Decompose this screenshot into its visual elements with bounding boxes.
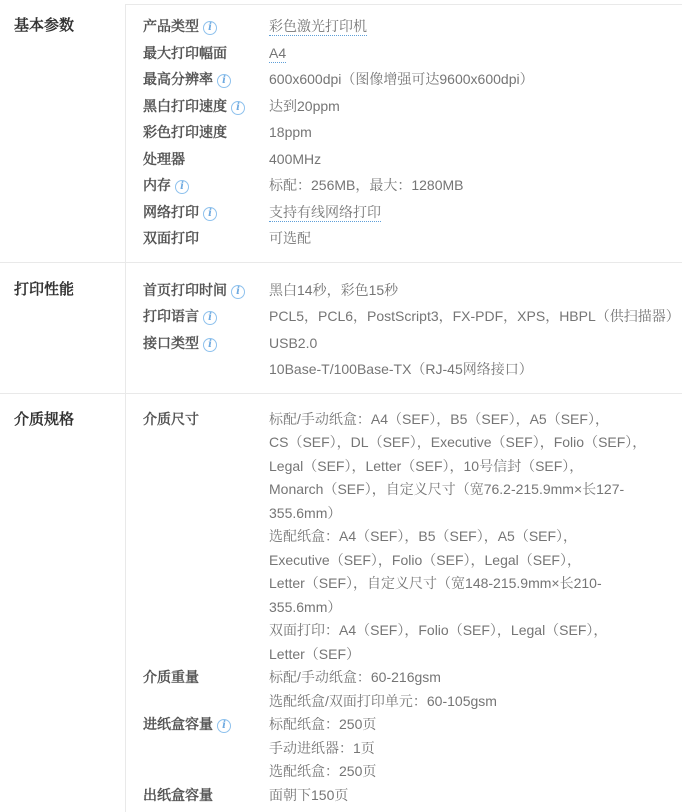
section-rows: 产品类型i彩色激光打印机最大打印幅面A4最高分辨率i600x600dpi（图像增… — [126, 13, 682, 252]
spec-value-line: 黑白14秒，彩色15秒 — [269, 277, 682, 304]
spec-value-line: 达到20ppm — [269, 93, 682, 120]
spec-label: 出纸盒容量 — [143, 784, 269, 808]
section-title: 介质规格 — [14, 408, 126, 432]
spec-value-line: Legal（SEF），Letter（SEF），10号信封（SEF）， — [269, 455, 682, 479]
spec-row: 打印语言iPCL5，PCL6，PostScript3，FX-PDF，XPS，HB… — [143, 303, 682, 330]
spec-row: 网络打印i支持有线网络打印 — [143, 199, 682, 226]
spec-value-line: 选配纸盒：250页 — [269, 760, 682, 784]
spec-value-line: 18ppm — [269, 119, 682, 146]
spec-value: 18ppm — [269, 119, 682, 146]
spec-label-text: 最高分辨率 — [143, 71, 213, 87]
spec-label-text: 接口类型 — [143, 335, 199, 351]
spec-label-text: 产品类型 — [143, 18, 199, 34]
spec-value: USB2.010Base-T/100Base-TX（RJ-45网络接口） — [269, 330, 682, 383]
spec-value-line: Executive（SEF），Folio（SEF），Legal（SEF）， — [269, 549, 682, 573]
spec-value: 标配/手动纸盒：A4（SEF），B5（SEF），A5（SEF），CS（SEF），… — [269, 408, 682, 667]
spec-value-line: 标配/手动纸盒：60-216gsm — [269, 666, 682, 690]
spec-value: 400MHz — [269, 146, 682, 173]
spec-row: 首页打印时间i黑白14秒，彩色15秒 — [143, 277, 682, 304]
spec-label-text: 打印语言 — [143, 308, 199, 324]
spec-value: 黑白14秒，彩色15秒 — [269, 277, 682, 304]
spec-label-text: 网络打印 — [143, 204, 199, 220]
spec-value-line: 标配纸盒：250页 — [269, 713, 682, 737]
spec-value-line: 面朝下150页 — [269, 784, 682, 808]
spec-value-line: 彩色激光打印机 — [269, 13, 682, 40]
info-icon[interactable]: i — [203, 21, 217, 35]
spec-label: 打印语言i — [143, 303, 269, 330]
spec-row: 接口类型iUSB2.010Base-T/100Base-TX（RJ-45网络接口… — [143, 330, 682, 383]
spec-label: 内存i — [143, 172, 269, 199]
spec-row: 介质重量标配/手动纸盒：60-216gsm选配纸盒/双面打印单元：60-105g… — [143, 666, 682, 713]
section-title: 打印性能 — [14, 277, 126, 304]
info-icon[interactable]: i — [175, 180, 189, 194]
spec-value-line: USB2.0 — [269, 330, 682, 357]
spec-value: A4 — [269, 40, 682, 67]
section-title-column: 介质规格 — [0, 408, 126, 808]
spec-section: 介质规格介质尺寸标配/手动纸盒：A4（SEF），B5（SEF），A5（SEF），… — [0, 393, 682, 812]
spec-row: 出纸盒容量面朝下150页 — [143, 784, 682, 808]
spec-label: 双面打印 — [143, 225, 269, 252]
spec-value-link[interactable]: A4 — [269, 45, 286, 63]
spec-label-text: 内存 — [143, 177, 171, 193]
spec-value-line: 支持有线网络打印 — [269, 199, 682, 226]
spec-label: 介质重量 — [143, 666, 269, 690]
spec-value: 标配纸盒：250页手动进纸器：1页选配纸盒：250页 — [269, 713, 682, 784]
spec-section: 基本参数产品类型i彩色激光打印机最大打印幅面A4最高分辨率i600x600dpi… — [0, 4, 682, 262]
spec-label: 介质尺寸 — [143, 408, 269, 432]
spec-row: 彩色打印速度18ppm — [143, 119, 682, 146]
spec-value: 标配/手动纸盒：60-216gsm选配纸盒/双面打印单元：60-105gsm — [269, 666, 682, 713]
spec-value: 600x600dpi（图像增强可达9600x600dpi） — [269, 66, 682, 93]
spec-label: 处理器 — [143, 146, 269, 173]
spec-label: 彩色打印速度 — [143, 119, 269, 146]
spec-value: 支持有线网络打印 — [269, 199, 682, 226]
spec-value-line: 手动进纸器：1页 — [269, 737, 682, 761]
spec-label: 最大打印幅面 — [143, 40, 269, 67]
spec-value-line: Letter（SEF） — [269, 643, 682, 667]
spec-value: 标配：256MB，最大：1280MB — [269, 172, 682, 199]
spec-label-text: 双面打印 — [143, 230, 199, 246]
section-title: 基本参数 — [14, 13, 126, 40]
spec-value-line: 选配纸盒/双面打印单元：60-105gsm — [269, 690, 682, 714]
spec-row: 处理器400MHz — [143, 146, 682, 173]
product-spec-page: 基本参数产品类型i彩色激光打印机最大打印幅面A4最高分辨率i600x600dpi… — [0, 0, 682, 812]
spec-value-line: PCL5，PCL6，PostScript3，FX-PDF，XPS，HBPL（供扫… — [269, 303, 682, 330]
spec-value-line: Monarch（SEF），自定义尺寸（宽76.2-215.9mm×长127- — [269, 478, 682, 502]
spec-label-text: 介质重量 — [143, 669, 199, 685]
info-icon[interactable]: i — [231, 285, 245, 299]
spec-value-line: 双面打印：A4（SEF），Folio（SEF），Legal（SEF）， — [269, 619, 682, 643]
info-icon[interactable]: i — [203, 207, 217, 221]
section-title-column: 基本参数 — [0, 13, 126, 252]
info-icon[interactable]: i — [217, 719, 231, 733]
section-rows: 首页打印时间i黑白14秒，彩色15秒打印语言iPCL5，PCL6，PostScr… — [126, 277, 682, 383]
spec-label: 首页打印时间i — [143, 277, 269, 304]
spec-value: 彩色激光打印机 — [269, 13, 682, 40]
spec-label-text: 进纸盒容量 — [143, 716, 213, 732]
spec-value-line: 355.6mm） — [269, 596, 682, 620]
spec-value-line: CS（SEF），DL（SEF），Executive（SEF），Folio（SEF… — [269, 431, 682, 455]
spec-row: 产品类型i彩色激光打印机 — [143, 13, 682, 40]
info-icon[interactable]: i — [203, 338, 217, 352]
spec-value-line: 选配纸盒：A4（SEF），B5（SEF），A5（SEF）， — [269, 525, 682, 549]
spec-row: 最高分辨率i600x600dpi（图像增强可达9600x600dpi） — [143, 66, 682, 93]
spec-label-text: 出纸盒容量 — [143, 787, 213, 803]
spec-label: 黑白打印速度i — [143, 93, 269, 120]
info-icon[interactable]: i — [217, 74, 231, 88]
spec-row: 进纸盒容量i标配纸盒：250页手动进纸器：1页选配纸盒：250页 — [143, 713, 682, 784]
spec-value-line: 可选配 — [269, 225, 682, 252]
spec-value-line: Letter（SEF），自定义尺寸（宽148-215.9mm×长210- — [269, 572, 682, 596]
spec-value: 面朝下150页 — [269, 784, 682, 808]
spec-value-line: A4 — [269, 40, 682, 67]
spec-row: 内存i标配：256MB，最大：1280MB — [143, 172, 682, 199]
spec-row: 双面打印可选配 — [143, 225, 682, 252]
spec-value-line: 600x600dpi（图像增强可达9600x600dpi） — [269, 66, 682, 93]
section-title-column: 打印性能 — [0, 277, 126, 383]
spec-value: 达到20ppm — [269, 93, 682, 120]
spec-label-text: 处理器 — [143, 151, 185, 167]
spec-value-line: 400MHz — [269, 146, 682, 173]
spec-label-text: 首页打印时间 — [143, 282, 227, 298]
spec-row: 最大打印幅面A4 — [143, 40, 682, 67]
spec-value-line: 355.6mm） — [269, 502, 682, 526]
spec-label-text: 彩色打印速度 — [143, 124, 227, 140]
spec-sections: 基本参数产品类型i彩色激光打印机最大打印幅面A4最高分辨率i600x600dpi… — [0, 4, 682, 812]
section-rows: 介质尺寸标配/手动纸盒：A4（SEF），B5（SEF），A5（SEF），CS（S… — [126, 408, 682, 808]
spec-label: 进纸盒容量i — [143, 713, 269, 737]
spec-value-link[interactable]: 彩色激光打印机 — [269, 18, 367, 36]
spec-section: 打印性能首页打印时间i黑白14秒，彩色15秒打印语言iPCL5，PCL6，Pos… — [0, 262, 682, 393]
spec-label: 网络打印i — [143, 199, 269, 226]
spec-value: PCL5，PCL6，PostScript3，FX-PDF，XPS，HBPL（供扫… — [269, 303, 682, 330]
spec-label-text: 最大打印幅面 — [143, 45, 227, 61]
spec-label: 产品类型i — [143, 13, 269, 40]
spec-row: 黑白打印速度i达到20ppm — [143, 93, 682, 120]
spec-row: 介质尺寸标配/手动纸盒：A4（SEF），B5（SEF），A5（SEF），CS（S… — [143, 408, 682, 667]
spec-label-text: 黑白打印速度 — [143, 98, 227, 114]
spec-value-line: 标配/手动纸盒：A4（SEF），B5（SEF），A5（SEF）， — [269, 408, 682, 432]
spec-label-text: 介质尺寸 — [143, 411, 199, 427]
spec-value: 可选配 — [269, 225, 682, 252]
spec-label: 接口类型i — [143, 330, 269, 357]
spec-value-link[interactable]: 支持有线网络打印 — [269, 204, 381, 222]
spec-value-line: 10Base-T/100Base-TX（RJ-45网络接口） — [269, 356, 682, 383]
info-icon[interactable]: i — [203, 311, 217, 325]
spec-value-line: 标配：256MB，最大：1280MB — [269, 172, 682, 199]
spec-label: 最高分辨率i — [143, 66, 269, 93]
info-icon[interactable]: i — [231, 101, 245, 115]
